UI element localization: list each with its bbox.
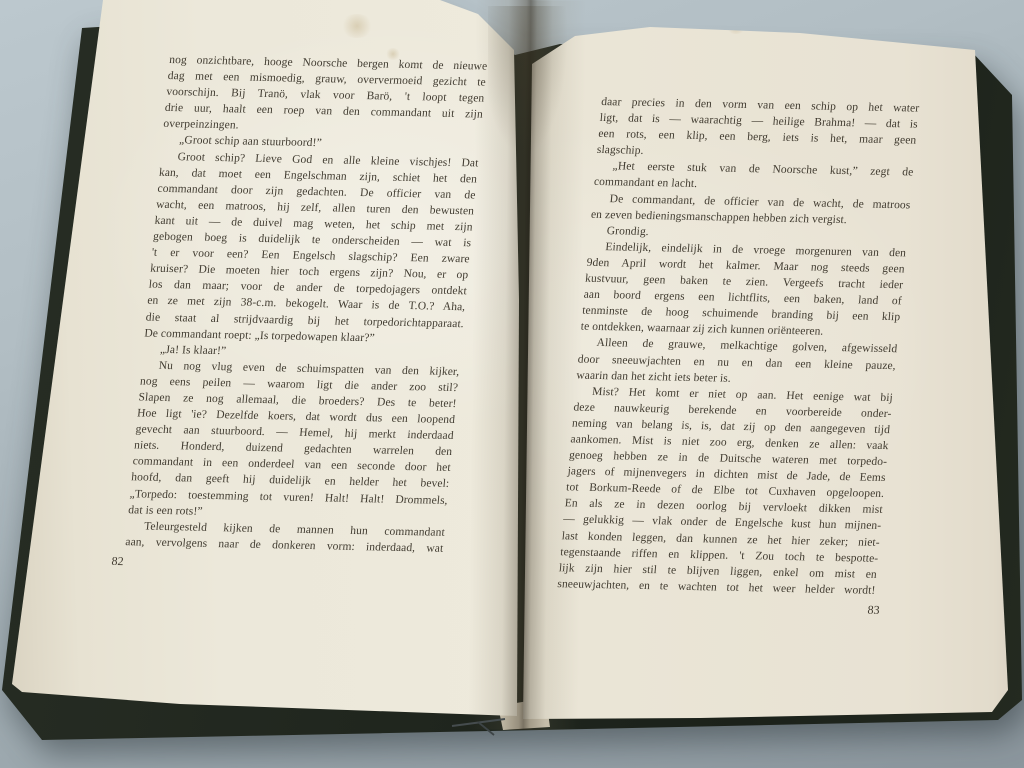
loose-thread (0, 0, 1024, 768)
book-photo: nog onzichtbare, hooge Noorsche bergen k… (0, 0, 1024, 768)
